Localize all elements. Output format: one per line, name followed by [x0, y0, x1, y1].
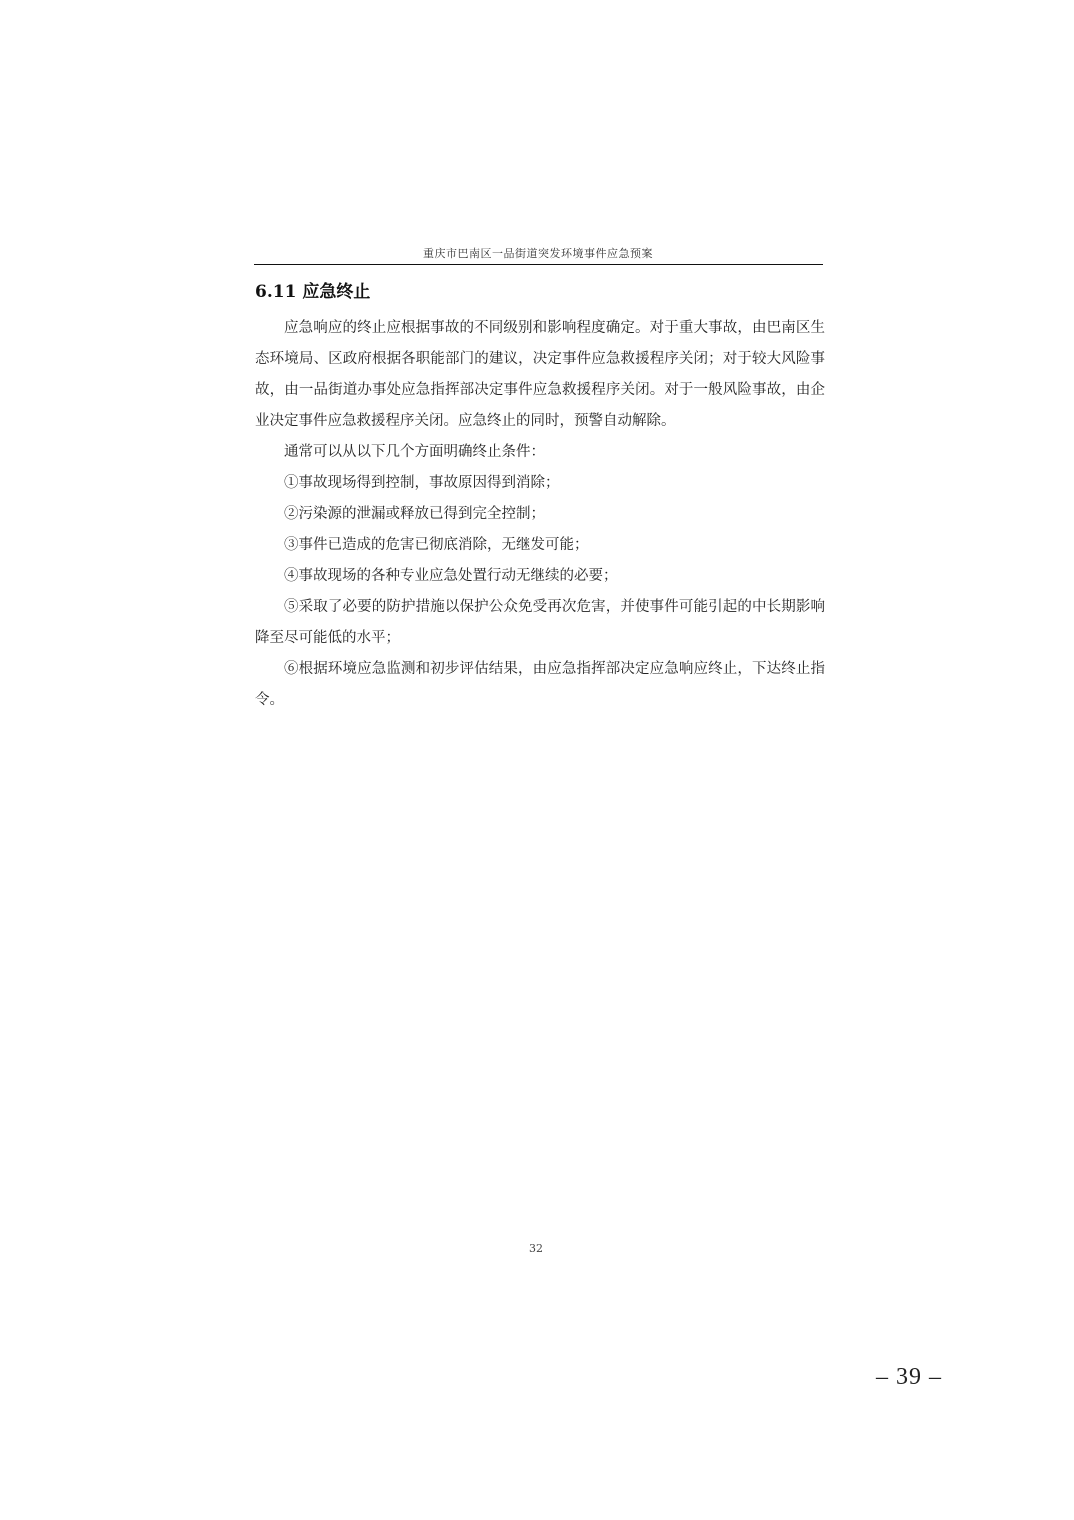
condition-item-5: ⑤采取了必要的防护措施以保护公众免受再次危害，并使事件可能引起的中长期影响降至尽…: [255, 592, 825, 654]
paragraph-intro: 应急响应的终止应根据事故的不同级别和影响程度确定。对于重大事故，由巴南区生态环境…: [255, 313, 825, 437]
inner-page-number: 32: [529, 1242, 543, 1255]
condition-item-6: ⑥根据环境应急监测和初步评估结果，由应急指挥部决定应急响应终止，下达终止指令。: [255, 654, 825, 716]
condition-item-3: ③事件已造成的危害已彻底消除，无继发可能；: [255, 530, 825, 561]
condition-item-2: ②污染源的泄漏或释放已得到完全控制；: [255, 499, 825, 530]
condition-item-4: ④事故现场的各种专业应急处置行动无继续的必要；: [255, 561, 825, 592]
paragraph-conditions-lead: 通常可以从以下几个方面明确终止条件：: [255, 437, 825, 468]
section-body: 应急响应的终止应根据事故的不同级别和影响程度确定。对于重大事故，由巴南区生态环境…: [255, 313, 825, 716]
section-title: 6.11 应急终止: [255, 279, 370, 305]
condition-item-1: ①事故现场得到控制，事故原因得到消除；: [255, 468, 825, 499]
running-header: 重庆市巴南区一品街道突发环境事件应急预案: [254, 246, 822, 262]
header-rule: [254, 264, 823, 265]
outer-page-number: – 39 –: [876, 1364, 942, 1391]
